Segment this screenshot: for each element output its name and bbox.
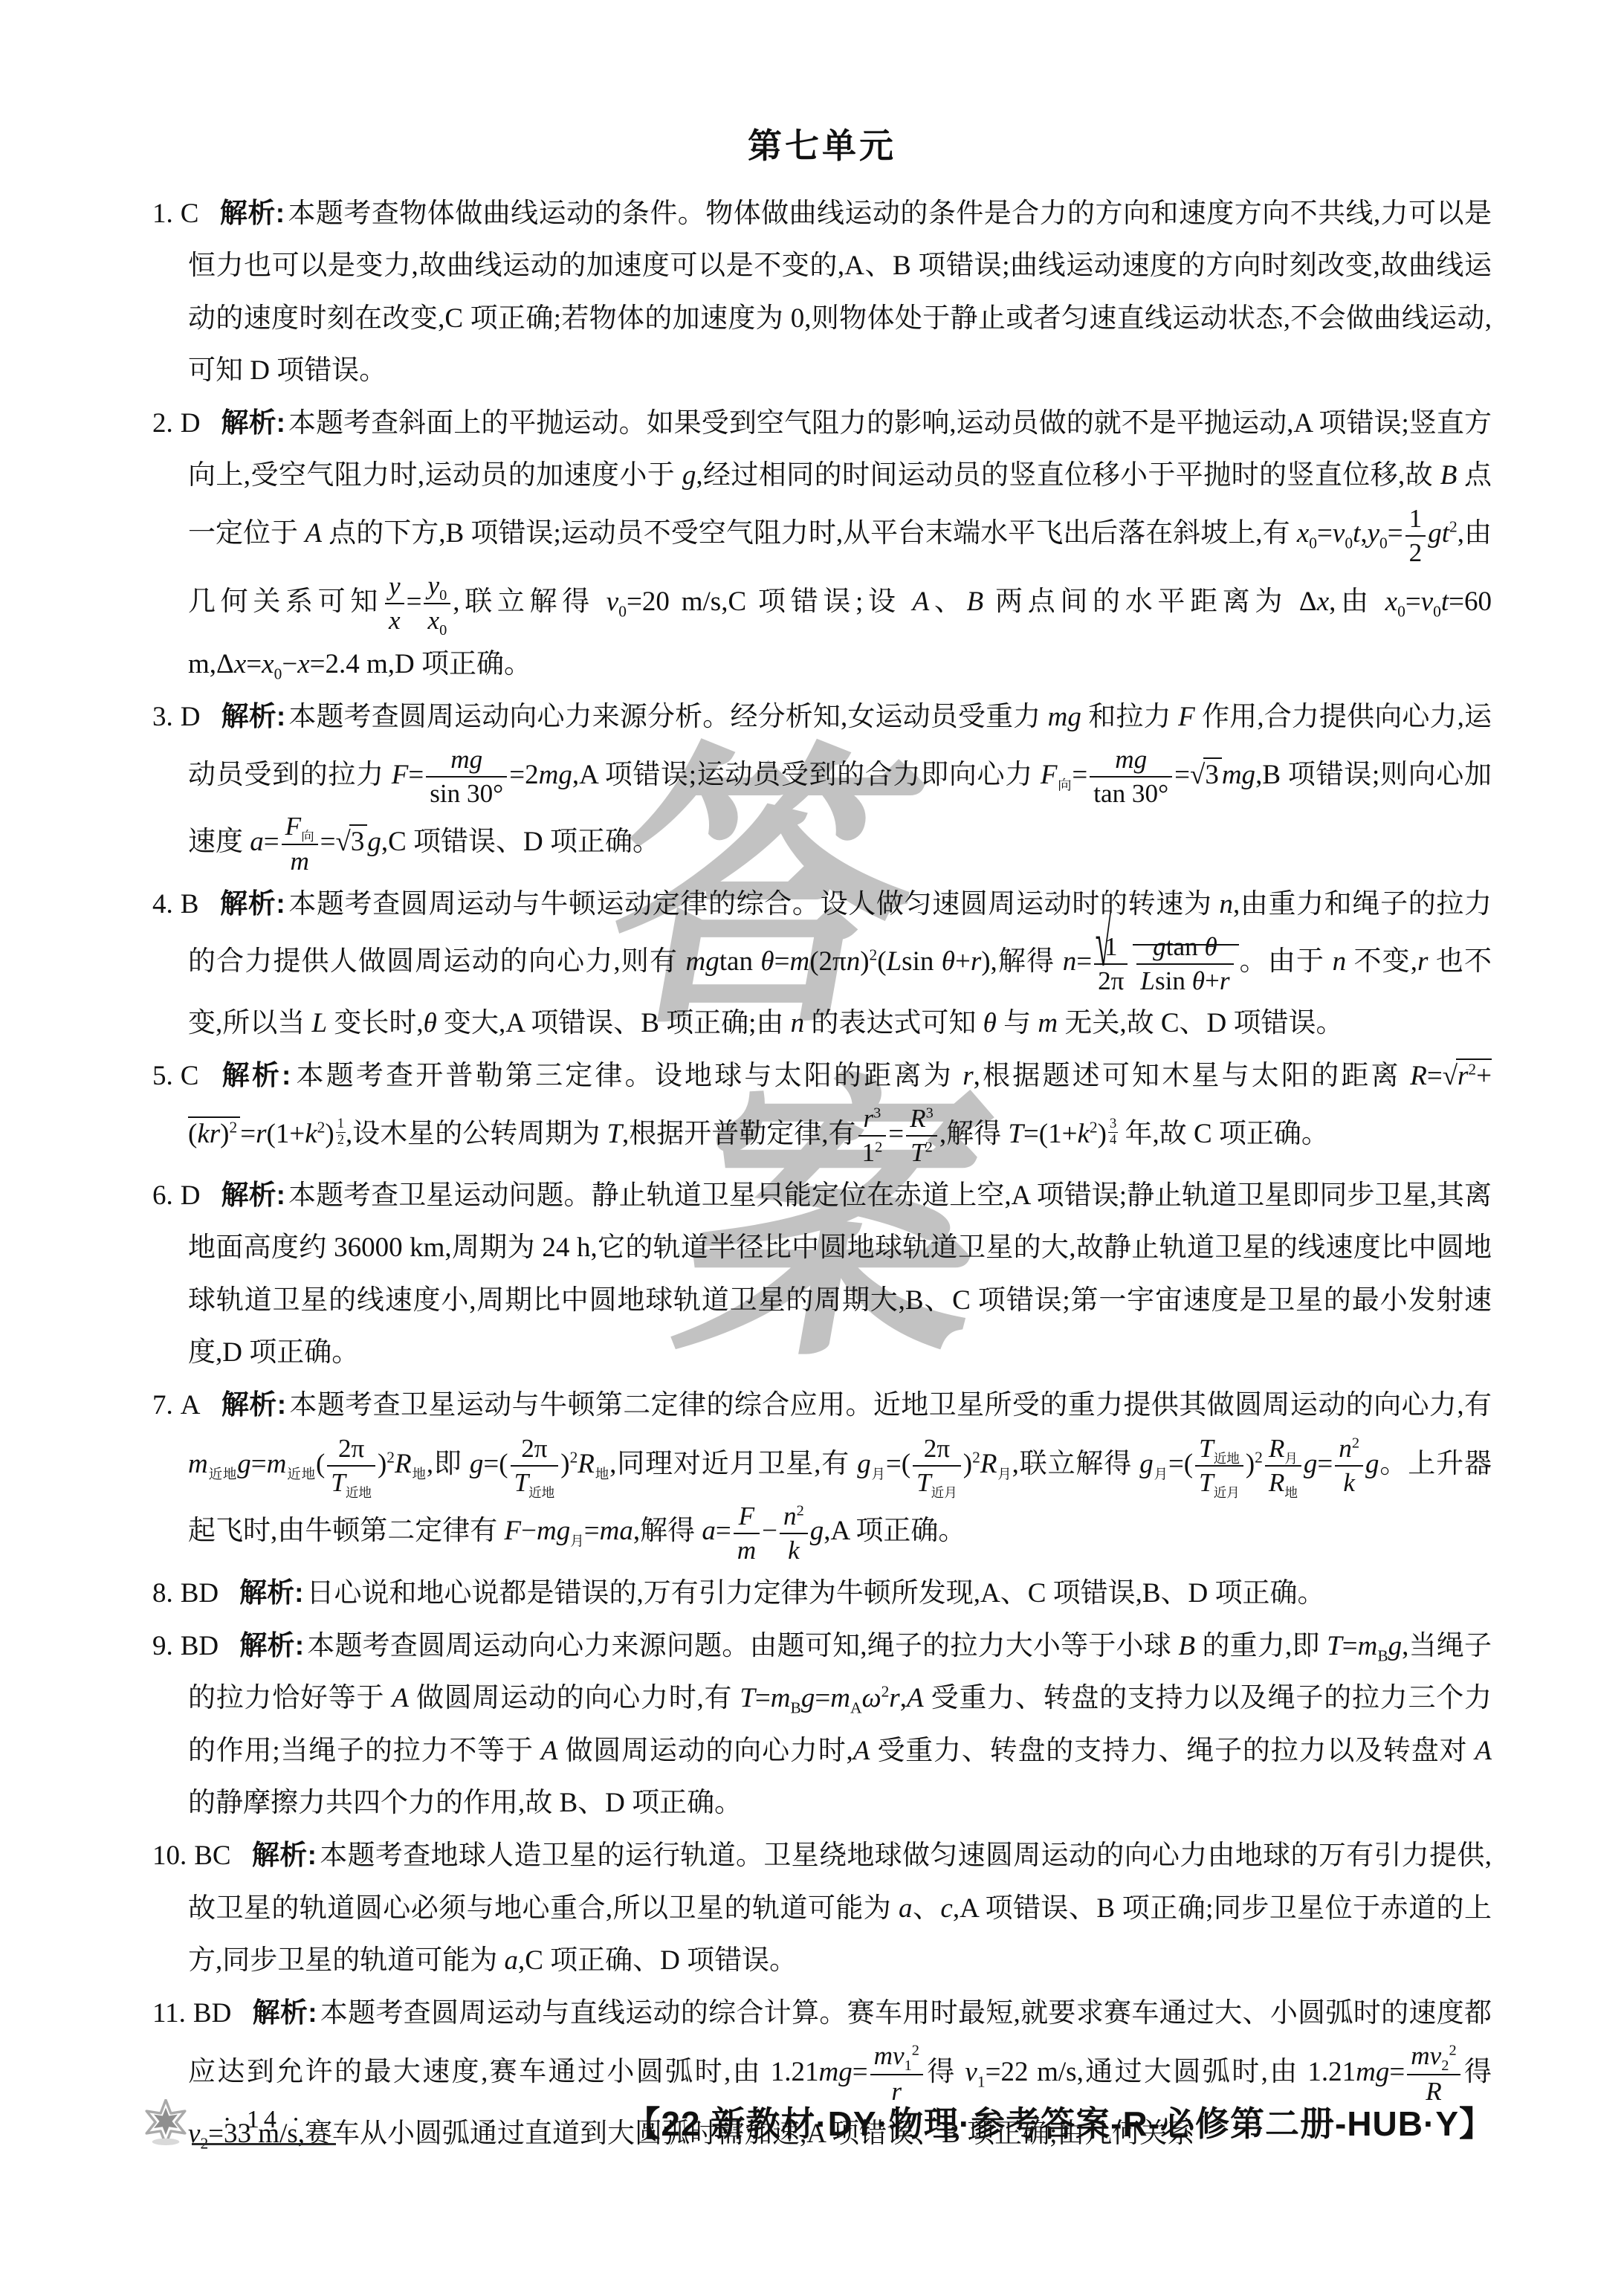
- item-analysis-label: 解析:: [221, 407, 285, 438]
- item-answer: A: [181, 1390, 201, 1420]
- answer-item: 8.BD解析:日心说和地心说都是错误的,万有引力定律为牛顿所发现,A、C 项错误…: [152, 1567, 1492, 1620]
- item-analysis-text: 本题考查圆周运动向心力来源问题。由题可知,绳子的拉力大小等于小球 B 的重力,即…: [188, 1631, 1492, 1818]
- item-answer: C: [181, 1061, 199, 1091]
- item-answer: BD: [181, 1578, 219, 1609]
- answer-item: 5.C解析:本题考查开普勒第三定律。设地球与太阳的距离为 r,根据题述可知木星与…: [152, 1050, 1492, 1169]
- item-analysis-text: 本题考查卫星运动问题。静止轨道卫星只能定位在赤道上空,A 项错误;静止轨道卫星即…: [188, 1180, 1492, 1368]
- page-content: 第七单元 1.C解析:本题考查物体做曲线运动的条件。物体做曲线运动的条件是合力的…: [152, 119, 1492, 2160]
- item-number: 6.: [152, 1180, 173, 1211]
- answer-item: 9.BD解析:本题考查圆周运动向心力来源问题。由题可知,绳子的拉力大小等于小球 …: [152, 1620, 1492, 1829]
- item-answer: D: [181, 702, 201, 732]
- item-analysis-label: 解析:: [221, 1389, 286, 1420]
- item-answer: BC: [194, 1840, 230, 1871]
- footer-left: · 14 ·: [143, 2099, 336, 2145]
- item-answer: B: [181, 889, 199, 919]
- item-analysis-text: 本题考查圆周运动向心力来源分析。经分析知,女运动员受重力 mg 和拉力 F 作用…: [188, 702, 1492, 857]
- item-answer: BD: [193, 1998, 231, 2029]
- item-number: 4.: [152, 889, 173, 919]
- item-analysis-label: 解析:: [219, 1060, 291, 1090]
- answer-sheet-page: 答案 第七单元 1.C解析:本题考查物体做曲线运动的条件。物体做曲线运动的条件是…: [0, 0, 1624, 2282]
- item-number: 3.: [152, 702, 173, 732]
- item-analysis-label: 解析:: [221, 1180, 285, 1210]
- item-analysis-text: 本题考查斜面上的平抛运动。如果受到空气阻力的影响,运动员做的就不是平抛运动,A …: [188, 408, 1492, 679]
- item-number: 10.: [152, 1840, 187, 1871]
- page-number: · 14 ·: [192, 2106, 336, 2145]
- answer-item: 7.A解析:本题考查卫星运动与牛顿第二定律的综合应用。近地卫星所受的重力提供其做…: [152, 1379, 1492, 1566]
- section-title: 第七单元: [152, 119, 1492, 168]
- item-analysis-label: 解析:: [252, 1840, 317, 1870]
- item-answer: D: [181, 408, 201, 439]
- page-footer: · 14 · 【22 新教材·DY·物理·参考答案-R-必修第二册-HUB·Y】: [143, 2099, 1494, 2145]
- answer-item: 2.D解析:本题考查斜面上的平抛运动。如果受到空气阻力的影响,运动员做的就不是平…: [152, 397, 1492, 691]
- item-analysis-label: 解析:: [239, 1630, 304, 1661]
- item-analysis-text: 本题考查物体做曲线运动的条件。物体做曲线运动的条件是合力的方向和速度方向不共线,…: [188, 198, 1492, 386]
- item-analysis-label: 解析:: [221, 701, 285, 731]
- item-analysis-label: 解析:: [239, 1577, 303, 1608]
- item-number: 7.: [152, 1390, 173, 1420]
- item-number: 8.: [152, 1578, 173, 1609]
- item-number: 11.: [152, 1998, 186, 2029]
- item-answer: D: [181, 1180, 201, 1211]
- item-analysis-text: 本题考查开普勒第三定律。设地球与太阳的距离为 r,根据题述可知木星与太阳的距离 …: [188, 1061, 1492, 1149]
- item-answer: C: [181, 198, 199, 229]
- item-analysis-text: 日心说和地心说都是错误的,万有引力定律为牛顿所发现,A、C 项错误,B、D 项正…: [306, 1578, 1324, 1609]
- item-number: 5.: [152, 1061, 173, 1091]
- item-answer: BD: [181, 1631, 219, 1661]
- item-number: 9.: [152, 1631, 173, 1661]
- answer-item: 3.D解析:本题考查圆周运动向心力来源分析。经分析知,女运动员受重力 mg 和拉…: [152, 691, 1492, 878]
- item-analysis-label: 解析:: [252, 1997, 317, 2028]
- answers-list: 1.C解析:本题考查物体做曲线运动的条件。物体做曲线运动的条件是合力的方向和速度…: [152, 187, 1492, 2160]
- star-burst-icon: [143, 2099, 189, 2145]
- answer-item: 6.D解析:本题考查卫星运动问题。静止轨道卫星只能定位在赤道上空,A 项错误;静…: [152, 1169, 1492, 1379]
- item-analysis-label: 解析:: [219, 198, 285, 228]
- item-analysis-label: 解析:: [219, 888, 285, 919]
- answer-item: 4.B解析:本题考查圆周运动与牛顿运动定律的综合。设人做匀速圆周运动时的转速为 …: [152, 878, 1492, 1050]
- item-number: 1.: [152, 198, 173, 229]
- item-analysis-text: 本题考查圆周运动与牛顿运动定律的综合。设人做匀速圆周运动时的转速为 n,由重力和…: [188, 889, 1492, 1038]
- item-number: 2.: [152, 408, 173, 439]
- answer-item: 10.BC解析:本题考查地球人造卫星的运行轨道。卫星绕地球做匀速圆周运动的向心力…: [152, 1829, 1492, 1987]
- item-analysis-text: 本题考查卫星运动与牛顿第二定律的综合应用。近地卫星所受的重力提供其做圆周运动的向…: [188, 1390, 1492, 1546]
- footer-edition-label: 【22 新教材·DY·物理·参考答案-R-必修第二册-HUB·Y】: [626, 2104, 1494, 2144]
- answer-item: 1.C解析:本题考查物体做曲线运动的条件。物体做曲线运动的条件是合力的方向和速度…: [152, 187, 1492, 397]
- item-analysis-text: 本题考查地球人造卫星的运行轨道。卫星绕地球做匀速圆周运动的向心力由地球的万有引力…: [188, 1840, 1492, 1976]
